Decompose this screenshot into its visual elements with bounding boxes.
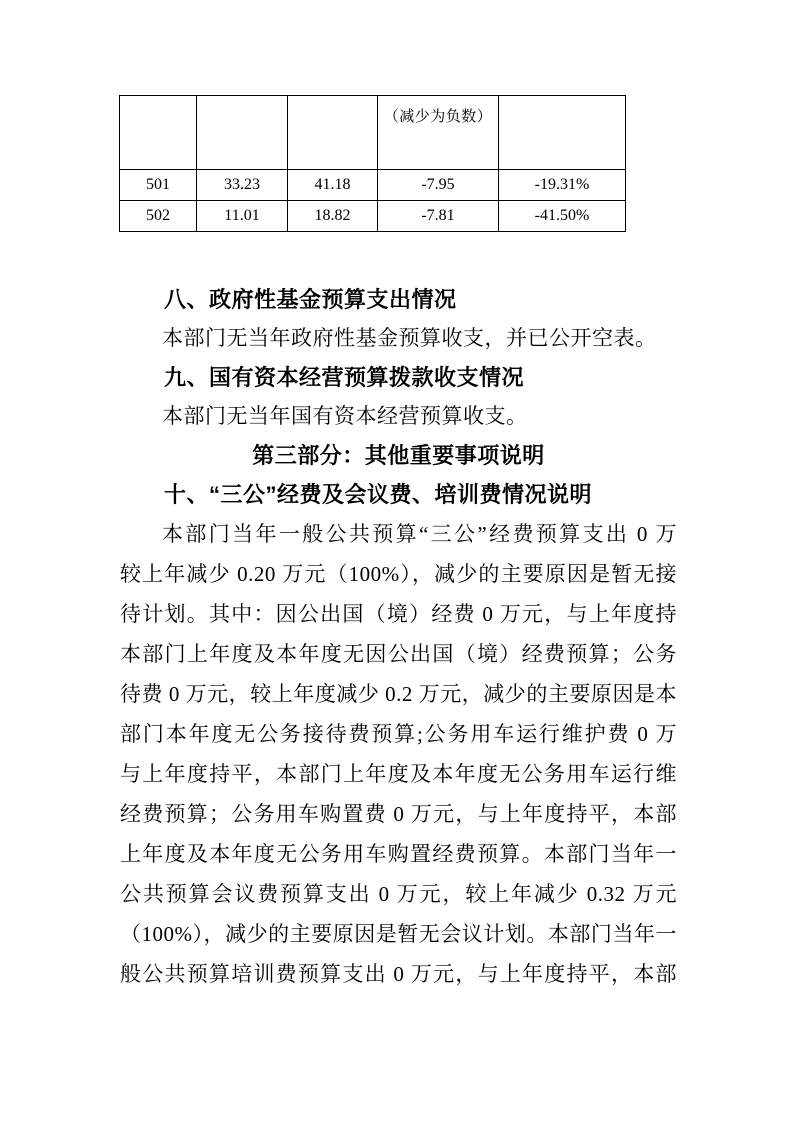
part3-title: 第三部分：其他重要事项说明	[120, 436, 677, 475]
table-cell: -19.31%	[499, 170, 626, 201]
paragraph-line: 本部门上年度及本年度无因公出国（境）经费预算；公务接	[120, 634, 677, 674]
table-cell: 41.18	[288, 170, 378, 201]
table-cell-code: 502	[120, 201, 197, 232]
table-row: 502 11.01 18.82 -7.81 -41.50%	[120, 201, 626, 232]
table-cell: 11.01	[197, 201, 288, 232]
table-cell: 18.82	[288, 201, 378, 232]
section-paragraph-8: 本部门无当年政府性基金预算收支，并已公开空表。	[120, 319, 677, 358]
budget-table: （减少为负数） 501 33.23 41.18 -7.95 -19.31% 50…	[119, 95, 626, 232]
table-cell: -7.81	[378, 201, 499, 232]
table-cell-code: 501	[120, 170, 197, 201]
paragraph-line: 上年度及本年度无公务用车购置经费预算。本部门当年一般	[120, 834, 677, 874]
paragraph-line: （100%），减少的主要原因是暂无会议计划。本部门当年一	[120, 914, 677, 954]
paragraph-line: 与上年度持平，本部门上年度及本年度无公务用车运行维护	[120, 754, 677, 794]
document-page: （减少为负数） 501 33.23 41.18 -7.95 -19.31% 50…	[0, 0, 793, 1122]
header-cell-note: （减少为负数）	[378, 96, 499, 170]
header-cell	[288, 96, 378, 170]
table-header-row: （减少为负数）	[120, 96, 626, 170]
paragraph-line: 待计划。其中：因公出国（境）经费 0 万元，与上年度持平，	[120, 594, 677, 634]
section-paragraph-10: 本部门当年一般公共预算“三公”经费预算支出 0 万元， 较上年减少 0.20 万…	[120, 514, 677, 994]
budget-table-wrap: （减少为负数） 501 33.23 41.18 -7.95 -19.31% 50…	[119, 95, 626, 232]
paragraph-line: 待费 0 万元，较上年度减少 0.2 万元，减少的主要原因是本	[120, 674, 677, 714]
document-body: 八、政府性基金预算支出情况 本部门无当年政府性基金预算收支，并已公开空表。 九、…	[120, 280, 677, 994]
header-cell	[499, 96, 626, 170]
section-heading-10: 十、“三公”经费及会议费、培训费情况说明	[120, 475, 677, 514]
table-row: 501 33.23 41.18 -7.95 -19.31%	[120, 170, 626, 201]
paragraph-line: 经费预算；公务用车购置费 0 万元，与上年度持平，本部门	[120, 794, 677, 834]
paragraph-line: 本部门当年一般公共预算“三公”经费预算支出 0 万元，	[120, 514, 677, 554]
header-cell	[120, 96, 197, 170]
header-cell	[197, 96, 288, 170]
section-heading-8: 八、政府性基金预算支出情况	[120, 280, 677, 319]
paragraph-line: 公共预算会议费预算支出 0 万元，较上年减少 0.32 万元	[120, 874, 677, 914]
paragraph-line: 般公共预算培训费预算支出 0 万元，与上年度持平，本部门	[120, 954, 677, 994]
table-cell: -41.50%	[499, 201, 626, 232]
paragraph-line: 较上年减少 0.20 万元（100%），减少的主要原因是暂无接	[120, 554, 677, 594]
section-heading-9: 九、国有资本经营预算拨款收支情况	[120, 358, 677, 397]
table-cell: 33.23	[197, 170, 288, 201]
table-cell: -7.95	[378, 170, 499, 201]
paragraph-line: 部门本年度无公务接待费预算;公务用车运行维护费 0 万元，	[120, 714, 677, 754]
section-paragraph-9: 本部门无当年国有资本经营预算收支。	[120, 397, 677, 436]
